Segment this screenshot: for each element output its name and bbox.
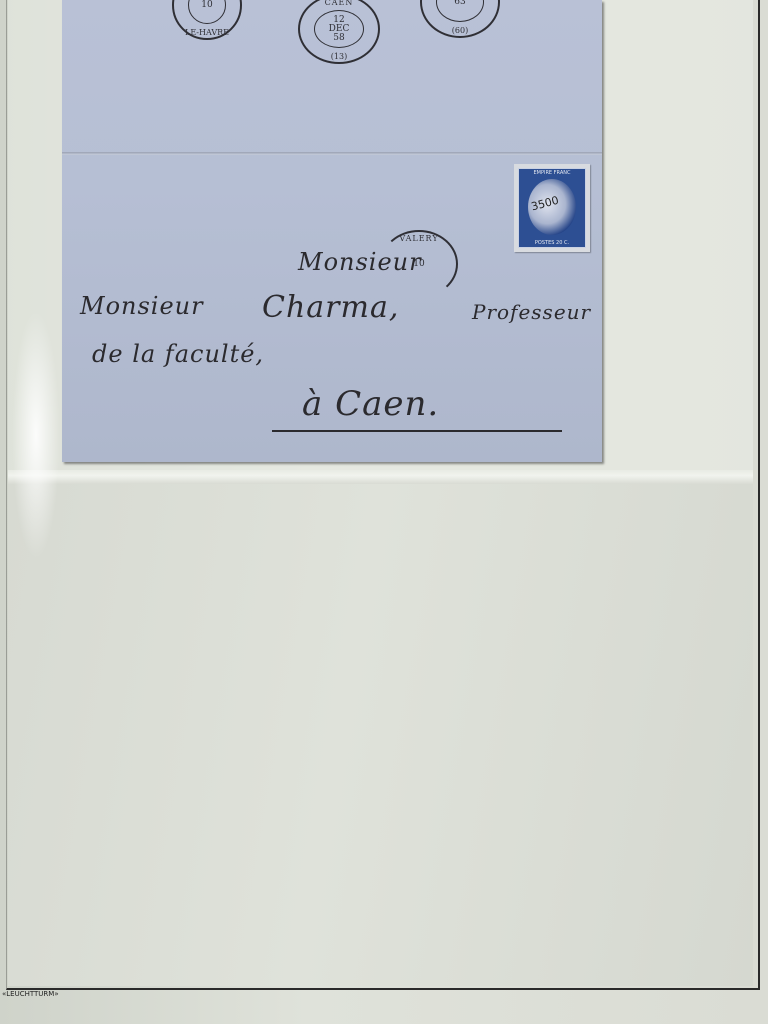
light-glare (12, 310, 60, 560)
postmark-year: 58 (333, 34, 344, 43)
postmark-le-havre: 10 LE-HAVRE (172, 0, 242, 40)
address-name: Charma, (262, 290, 399, 325)
address-profession: Professeur (472, 300, 591, 324)
postmark-right: 63 (60) (420, 0, 500, 38)
album-brand-label: «LEUCHTTURM» (2, 990, 59, 998)
pocket-divider (8, 470, 753, 484)
stamp-bottom-text: POSTES 20 C. (519, 240, 585, 246)
postmark-dept: (13) (300, 52, 378, 61)
album-page: 10 LE-HAVRE CAEN 12 DEC 58 (13) 63 (60) … (0, 0, 768, 1024)
cover-fold-line (62, 152, 602, 155)
lower-pocket-empty (8, 484, 753, 986)
address-underline (272, 430, 562, 432)
letter-cover: 10 LE-HAVRE CAEN 12 DEC 58 (13) 63 (60) … (62, 0, 602, 462)
postmark-town: LE-HAVRE (174, 28, 240, 37)
postmark-town: VALERY (382, 234, 456, 243)
address-city: à Caen. (302, 384, 439, 424)
postmark-date: 10 (201, 1, 212, 10)
postmark-town: CAEN (300, 0, 378, 7)
address-salutation: Monsieur (298, 248, 422, 276)
address-title: Monsieur (80, 292, 204, 320)
postmark-dept: (60) (422, 26, 498, 35)
stamp-top-text: EMPIRE FRANC (519, 170, 585, 176)
postmark-date: 63 (454, 0, 465, 7)
postage-stamp: EMPIRE FRANC 3500 POSTES 20 C. (514, 164, 590, 252)
address-faculty: de la faculté, (92, 340, 264, 368)
postmark-caen: CAEN 12 DEC 58 (13) (298, 0, 380, 64)
stamp-frame: EMPIRE FRANC 3500 POSTES 20 C. (518, 168, 586, 248)
